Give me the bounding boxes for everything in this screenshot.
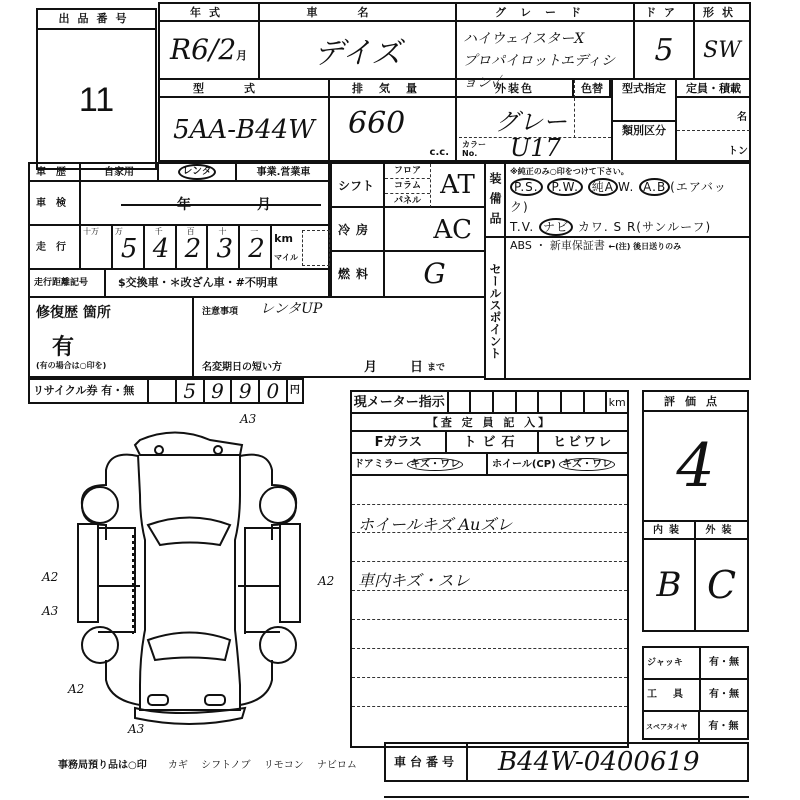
- leather-option[interactable]: カワ.: [578, 220, 609, 234]
- repair-label: 修復歴 箇所: [36, 302, 111, 322]
- color-code-value: U17: [510, 134, 561, 162]
- name-change-label: 名変期日の短い方: [202, 358, 282, 373]
- item-key[interactable]: カギ: [168, 760, 188, 771]
- shift-options: フロア コラム パネル: [385, 164, 430, 208]
- rental-label: レンタ: [159, 164, 237, 182]
- mirror-label: ドアミラー: [354, 459, 404, 470]
- meter-unit: km: [607, 392, 627, 412]
- mirror-scratch-option[interactable]: キズ・ワレ: [407, 458, 463, 471]
- digit-cell: 万5: [113, 226, 145, 268]
- bottom-rule: [384, 796, 749, 798]
- note-2: 車内キズ・スレ: [358, 568, 470, 591]
- lot-number: 11: [38, 30, 155, 170]
- digit-value: 2: [248, 234, 265, 264]
- persons-unit: 名: [737, 108, 747, 123]
- model-value: 5AA-B44W: [160, 98, 330, 162]
- repair-value: 有: [52, 330, 74, 361]
- aw-option[interactable]: 純A: [588, 178, 618, 196]
- digit-value: 3: [216, 234, 233, 264]
- mirror-cell: ドアミラー キズ・ワレ: [352, 454, 488, 474]
- chassis-value: B44W-0400619: [468, 744, 747, 780]
- navi-option[interactable]: ナビ: [539, 218, 573, 236]
- pw-option[interactable]: P.W.: [547, 178, 582, 196]
- capacity-label: 定員・積載: [677, 80, 750, 98]
- model-label: 型式: [160, 80, 330, 98]
- type-spec-label: 型式指定: [611, 80, 677, 122]
- mile-unit: マイル: [274, 252, 298, 263]
- recycle-digit: [149, 380, 177, 402]
- sales-point-label: セールスポイント: [486, 238, 506, 378]
- car-name-label: 車名: [260, 4, 457, 22]
- accessory-row: 工具 有・無: [644, 680, 747, 712]
- accessories-block: ジャッキ 有・無 工具 有・無 スペアタイヤ 有・無: [642, 646, 749, 740]
- shift-label: シフト: [332, 164, 385, 208]
- crack-option[interactable]: ヒビワレ: [539, 432, 627, 452]
- shift-column: コラム: [385, 179, 430, 194]
- digit-cell: 十万: [81, 226, 113, 268]
- damage-mark-top: A3: [240, 412, 256, 426]
- fuel-label: 燃料: [332, 252, 385, 296]
- meter-cell: [471, 392, 494, 412]
- digit-value: 4: [153, 234, 170, 264]
- chassis-block: 車台番号 B44W-0400619: [384, 742, 749, 782]
- meter-row: 現メーター指示 km: [352, 392, 627, 414]
- doors-value: 5: [635, 22, 695, 78]
- notes-area[interactable]: ホイールキズ Auズレ 車内キズ・スレ: [352, 476, 627, 746]
- equipment-row2: T.V. ナビ カワ. S R(サンルーフ): [510, 217, 745, 237]
- displacement-box: 660 c.c.: [330, 98, 457, 162]
- ps-option[interactable]: P.S.: [510, 178, 543, 196]
- rental-circled: レンタ: [178, 164, 215, 180]
- damage-mark-left-1: A2: [42, 570, 58, 584]
- digit-value: 5: [121, 234, 138, 264]
- history-label: 車歴: [30, 164, 81, 182]
- front-glass-label: Fガラス: [352, 432, 447, 452]
- equipment-row1: P.S. P.W. 純AW. A.B(エアバック): [510, 177, 745, 217]
- recycle-digit: 9: [205, 380, 233, 402]
- digit-cell: 十3: [208, 226, 240, 268]
- damage-mark-bottom: A3: [128, 722, 144, 736]
- tools-label: 工具: [644, 680, 701, 710]
- interior-label: 内装: [644, 520, 696, 540]
- year-label: 年式: [160, 4, 260, 22]
- meter-cell: [449, 392, 472, 412]
- repair-box: 修復歴 箇所 有 (有の場合は○印を): [30, 298, 194, 376]
- meter-cell: [539, 392, 562, 412]
- inspection-label: 車検: [30, 182, 81, 226]
- year-text: R6/2: [170, 33, 236, 66]
- digit-cell: 千4: [145, 226, 177, 268]
- interior-value: B: [644, 540, 696, 630]
- shift-floor: フロア: [385, 164, 430, 179]
- office-items-label: 事務局預り品は○印: [58, 760, 147, 771]
- wheel-scratch-option[interactable]: キズ・ワレ: [559, 458, 615, 471]
- mile-checkbox[interactable]: [302, 230, 330, 266]
- exterior-label: 外装: [696, 520, 747, 540]
- displacement-value: 660: [348, 106, 405, 141]
- note-line: [352, 706, 627, 707]
- tools-value[interactable]: 有・無: [701, 680, 747, 710]
- sunroof-option[interactable]: S R(サンルーフ): [614, 220, 712, 234]
- meter-cell: [562, 392, 585, 412]
- lot-label: 出品番号: [38, 10, 155, 30]
- color-label: 外装色: [457, 80, 574, 98]
- shift-panel: パネル: [385, 194, 430, 208]
- strike-line: [121, 204, 321, 206]
- caution-value: レンタUP: [260, 298, 322, 318]
- repair-note: (有の場合は○印を): [36, 360, 106, 371]
- name-change-month: 月: [364, 356, 377, 375]
- meter-cell: [494, 392, 517, 412]
- sales-point-area[interactable]: [506, 238, 749, 378]
- meter-cell: [585, 392, 608, 412]
- digit-value: 2: [185, 234, 202, 264]
- class-label: 類別区分: [611, 122, 677, 162]
- grade-label: グレード: [457, 4, 635, 22]
- divider: [677, 130, 750, 131]
- yen-unit: 円: [288, 380, 302, 402]
- jack-label: ジャッキ: [644, 648, 701, 678]
- ac-value: AC: [385, 208, 484, 252]
- month-suffix: 月: [236, 49, 247, 62]
- grade-value: ハイウェイスターX プロパイロットエディション✓: [457, 22, 635, 78]
- name-change-day: 日: [410, 356, 423, 375]
- shape-label: 形状: [695, 4, 749, 22]
- item-shift-knob[interactable]: シフトノブ: [201, 760, 250, 771]
- wheel-cell: ホイール(CP) キズ・ワレ: [488, 454, 627, 474]
- note-line: [352, 561, 627, 562]
- private-label: 自家用: [81, 164, 159, 182]
- equipment-label: 装備品: [486, 164, 506, 238]
- displacement-unit: c.c.: [430, 147, 449, 158]
- note-line: [352, 619, 627, 620]
- wheel-label: ホイール(CP): [492, 459, 556, 470]
- color-value: グレー: [495, 102, 567, 137]
- recycle-digit: 0: [260, 380, 288, 402]
- shape-value: SW: [695, 22, 749, 78]
- fuel-value: G: [385, 252, 484, 296]
- mileage-label: 走行: [30, 226, 81, 270]
- color-change-label: 色替: [574, 80, 611, 98]
- item-remote[interactable]: リモコン: [264, 760, 304, 771]
- mileage-mark-legend: $交換車・＊改ざん車・#不明車: [118, 270, 278, 296]
- mileage-digits: 十万 万5 千4 百2 十3 一2 km マイル: [81, 226, 330, 270]
- note-1: ホイールキズ Auズレ: [358, 512, 512, 535]
- lot-box: 出品番号 11: [36, 8, 157, 170]
- business-label: 事業.営業車: [237, 164, 330, 182]
- displacement-label: 排気量: [330, 80, 457, 98]
- damage-mark-right: A2: [318, 574, 334, 588]
- name-change-until: まで: [427, 360, 445, 373]
- car-name-value: デイズ: [260, 22, 457, 78]
- km-unit: km: [274, 232, 293, 245]
- damage-mark-left-2: A3: [42, 604, 58, 618]
- meter-cell: [517, 392, 540, 412]
- recycle-digit: 9: [232, 380, 260, 402]
- ac-label: 冷房: [332, 208, 385, 252]
- score-value: 4: [644, 412, 747, 520]
- digit-cell: 百2: [177, 226, 209, 268]
- accessory-row: ジャッキ 有・無: [644, 648, 747, 680]
- doors-label: ドア: [635, 4, 695, 22]
- meter-label: 現メーター指示: [352, 392, 449, 412]
- damage-mark-rear-left: A2: [68, 682, 84, 696]
- note-line: [352, 648, 627, 649]
- exterior-value: C: [696, 540, 747, 630]
- digit-cell: 一2: [240, 226, 272, 268]
- accessory-row: スペアタイヤ 有・無: [644, 712, 747, 742]
- equipment-list: ※純正のみ○印をつけて下さい。 P.S. P.W. 純AW. A.B(エアバック…: [506, 164, 749, 238]
- recycle-label: リサイクル券 有・無: [30, 380, 149, 402]
- caution-label: 注意事項: [202, 304, 238, 317]
- recycle-digit: 5: [177, 380, 205, 402]
- jack-value[interactable]: 有・無: [701, 648, 747, 678]
- score-label: 評価点: [644, 392, 747, 412]
- chassis-label: 車台番号: [386, 744, 468, 780]
- spare-tire-value[interactable]: 有・無: [700, 712, 747, 742]
- shift-value: AT: [430, 164, 484, 208]
- inspector-header: 【査 定 員 記 入】: [352, 414, 627, 432]
- divider: [574, 98, 575, 138]
- mirror-row: ドアミラー キズ・ワレ ホイール(CP) キズ・ワレ: [352, 454, 627, 476]
- aw-suffix: W.: [618, 180, 634, 194]
- tons-unit: トン: [728, 142, 748, 157]
- unit-cell: km マイル: [272, 226, 330, 268]
- year-value: R6/2月: [160, 22, 260, 78]
- inspection-value: 年 月: [81, 182, 330, 226]
- stone-chip-option[interactable]: トビ石: [447, 432, 540, 452]
- mileage-mark-label: 走行距離記号: [30, 270, 106, 296]
- note-line: [352, 504, 627, 505]
- grade-line1: ハイウェイスターX: [463, 28, 627, 50]
- ab-option[interactable]: A.B: [639, 178, 670, 196]
- spare-tire-label: スペアタイヤ: [644, 712, 700, 742]
- office-items: 事務局預り品は○印 カギ シフトノブ リモコン ナビロム: [58, 756, 357, 771]
- item-navi-rom[interactable]: ナビロム: [317, 760, 357, 771]
- glass-row: Fガラス トビ石 ヒビワレ: [352, 432, 627, 454]
- color-code-label: カラーNo.: [462, 140, 492, 158]
- equipment-note: ※純正のみ○印をつけて下さい。: [510, 166, 745, 177]
- tv-option[interactable]: T.V.: [510, 220, 534, 234]
- digit-label: 十万: [83, 226, 99, 237]
- note-line: [352, 677, 627, 678]
